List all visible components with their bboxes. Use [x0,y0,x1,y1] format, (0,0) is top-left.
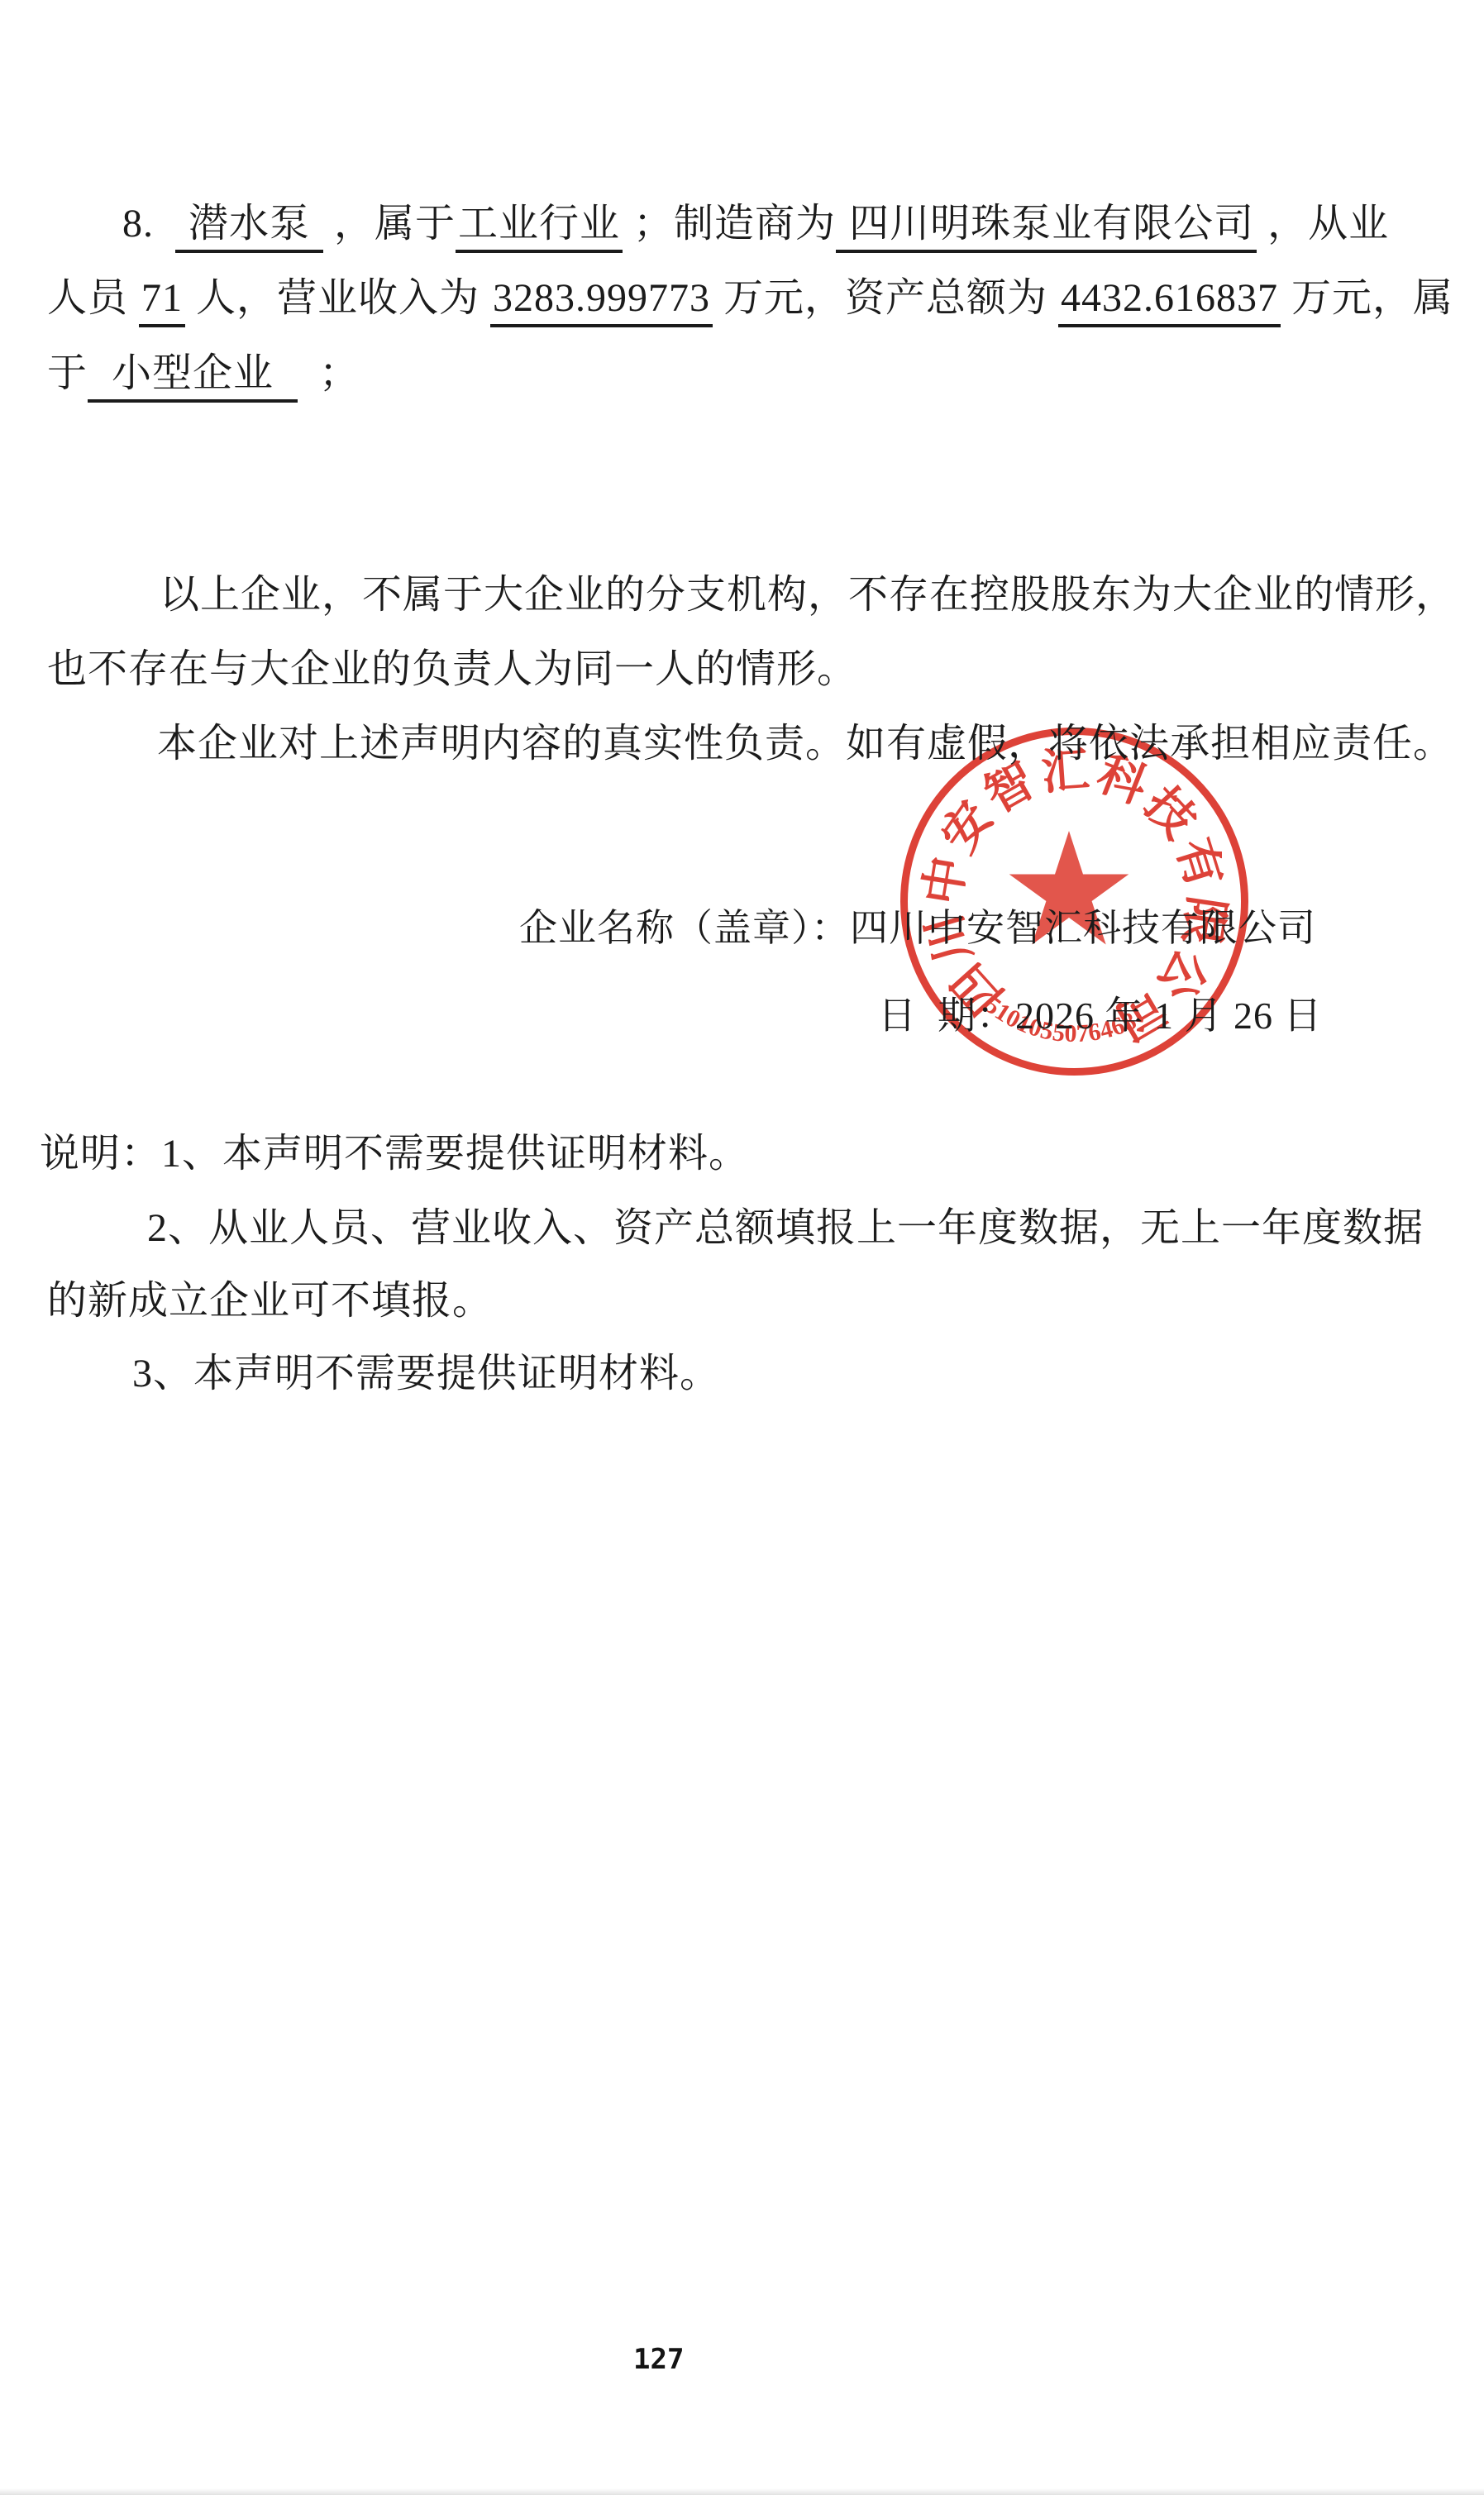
text-segment: 于 [47,351,88,395]
company-name-line: 企业名称（盖章）：四川中安智汇科技有限公司 [519,906,1316,951]
underlined-value: 四川明珠泵业有限公司 [836,202,1257,253]
underlined-value: 4432.616837 [1058,276,1281,327]
seal-company-name-char: 中 [915,852,976,909]
text-segment: 8. [122,202,175,246]
underlined-value: 3283.999773 [490,276,713,327]
note-line-3: 的新成立企业可不填报。 [47,1278,493,1325]
underlined-value: 工业行业 [456,202,623,253]
note-line-1: 说明：1、本声明不需要提供证明材料。 [40,1131,749,1178]
underlined-value: 71 [139,276,185,327]
page-number: 127 [633,2343,684,2376]
document-page: 8. 潜水泵 ，属于工业行业 ；制造商为 四川明珠泵业有限公司 ，从业 人员 7… [0,0,1484,2495]
underlined-value: 潜水泵 [175,202,323,253]
note-line-4: 3、本声明不需要提供证明材料。 [132,1351,720,1398]
note-line-2: 2、从业人员、营业收入、资产总额填报上一年度数据，无上一年度数据 [147,1205,1424,1252]
text-segment: ；制造商为 [623,202,836,246]
text-segment: 万元，属 [1281,276,1453,320]
seal-company-name-char: 有 [1167,832,1232,894]
statement-line-2: 也不存在与大企业的负责人为同一人的情形。 [47,646,857,694]
scan-edge-shadow [0,2488,1484,2495]
text-segment: ，从业 [1257,202,1389,246]
item8-line-1: 8. 潜水泵 ，属于工业行业 ；制造商为 四川明珠泵业有限公司 ，从业 [122,201,1389,248]
text-segment: 人员 [47,276,139,320]
statement-line-3: 本企业对上述声明内容的真实性负责。如有虚假，将依法承担相应责任。 [157,721,1453,768]
text-segment: 万元，资产总额为 [713,276,1058,320]
text-segment: ； [298,351,360,395]
item8-line-3: 于 小型企业 ； [47,351,360,398]
statement-line-1: 以上企业，不属于大企业的分支机构，不存在控股股东为大企业的情形， [160,572,1456,619]
item8-line-2: 人员 71 人，营业收入为 3283.999773 万元，资产总额为 4432.… [47,275,1453,322]
text-segment: 人，营业收入为 [185,276,490,320]
text-segment: ，属于 [323,202,456,246]
date-line: 日 期：2026 年 1 月 26 日 [878,994,1323,1038]
underlined-value: 小型企业 [88,351,298,403]
